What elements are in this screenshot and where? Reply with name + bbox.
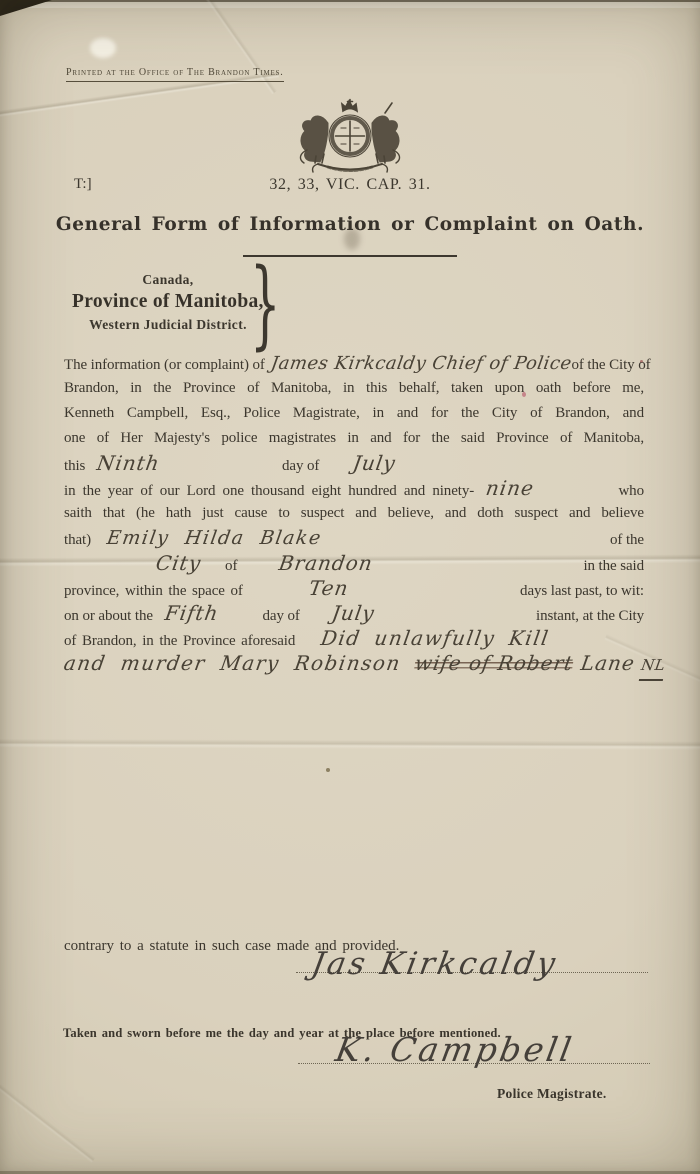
handwritten-entry-place-name: Brandon — [277, 551, 375, 576]
printed-text: in the said — [583, 554, 644, 579]
printer-stamp: Printed at the Office of The Brandon Tim… — [66, 67, 284, 82]
handwritten-entry-informant: James Kirkcaldy Chief of Police — [269, 351, 574, 376]
printed-text: instant, at the City — [536, 604, 644, 629]
jurisdiction-district: Western Judicial District. — [72, 317, 264, 333]
form-title: General Form of Information or Complaint… — [0, 214, 700, 235]
magistrate-title: Police Magistrate. — [497, 1086, 607, 1102]
handwritten-correction-initials: NL — [639, 653, 668, 681]
printed-text: The information (or complaint) of — [64, 353, 265, 378]
printed-text: saith that (he hath just cause to suspec… — [64, 505, 644, 521]
printed-text: day of — [263, 604, 300, 629]
handwritten-struck-text: wife of Robert — [413, 651, 575, 676]
form-body: The information (or complaint) of James … — [64, 351, 644, 676]
body-line: on or about the Fifth day of July instan… — [64, 601, 644, 626]
body-line: one of Her Majesty's police magistrates … — [64, 426, 644, 451]
body-line: City of Brandon in the said — [64, 551, 644, 576]
paper-crease — [0, 1084, 95, 1163]
jurisdiction-block: Canada, Province of Manitoba, Western Ju… — [72, 272, 264, 333]
scanned-document-page: Printed at the Office of The Brandon Tim… — [0, 0, 700, 1174]
magistrate-signature: K. Campbell — [333, 1030, 578, 1069]
handwritten-entry-days: Ten — [307, 576, 350, 601]
brace-glyph: } — [250, 266, 281, 342]
handwritten-entry-year: nine — [484, 476, 536, 501]
body-line: Brandon, in the Province of Manitoba, in… — [64, 376, 644, 401]
handwritten-entry-accused-name: Emily Hilda Blake — [105, 526, 324, 551]
printed-text: on or about the — [64, 604, 153, 629]
handwritten-entry-offence: Did unlawfully Kill — [319, 626, 551, 651]
printed-text: of — [225, 554, 237, 579]
paper-fold-crease — [0, 739, 700, 750]
informant-signature: Jas Kirkcaldy — [309, 946, 561, 982]
handwritten-entry-month: July — [351, 451, 398, 476]
handwritten-entry-day-word: Ninth — [95, 451, 162, 476]
scan-edge-artifact — [0, 2, 700, 8]
printed-text: this — [64, 454, 85, 479]
handwritten-entry-place-type: City — [154, 551, 203, 576]
printed-text: Brandon, in the Province of Manitoba, in… — [64, 380, 644, 396]
body-line: this Ninth day of July — [64, 451, 644, 476]
body-line: of Brandon, in the Province aforesaid Di… — [64, 626, 644, 651]
printed-text: one of Her Majesty's police magistrates … — [64, 430, 644, 446]
body-line: Kenneth Campbell, Esq., Police Magistrat… — [64, 401, 644, 426]
body-line: in the year of our Lord one thousand eig… — [64, 476, 644, 501]
jurisdiction-country: Canada, — [72, 272, 264, 288]
jurisdiction-province: Province of Manitoba, — [72, 291, 264, 313]
printed-text: that) — [64, 528, 91, 553]
handwritten-entry-offence-continued: and murder Mary Robinson — [62, 651, 403, 676]
printed-text: days last past, to wit: — [520, 579, 644, 604]
printed-text: of the City of — [571, 353, 650, 378]
body-line: that) Emily Hilda Blake of the — [64, 526, 644, 551]
handwritten-entry-offence-month: July — [330, 601, 377, 626]
handwritten-entry-victim-surname: Lane — [579, 651, 637, 676]
statute-citation: 32, 33, VIC. CAP. 31. — [0, 176, 700, 194]
printed-text: of the — [610, 528, 644, 553]
body-line: saith that (he hath just cause to suspec… — [64, 501, 644, 526]
royal-coat-of-arms-icon — [280, 96, 420, 180]
printed-text: Kenneth Campbell, Esq., Police Magistrat… — [64, 405, 644, 421]
paper-smudge — [90, 38, 116, 58]
handwritten-entry-offence-day: Fifth — [163, 601, 221, 626]
body-line: province, within the space of Ten days l… — [64, 576, 644, 601]
body-line: and murder Mary Robinson wife of Robert … — [64, 651, 644, 676]
printed-text: day of — [282, 454, 319, 479]
paper-speck — [326, 768, 330, 772]
body-line: The information (or complaint) of James … — [64, 351, 644, 376]
